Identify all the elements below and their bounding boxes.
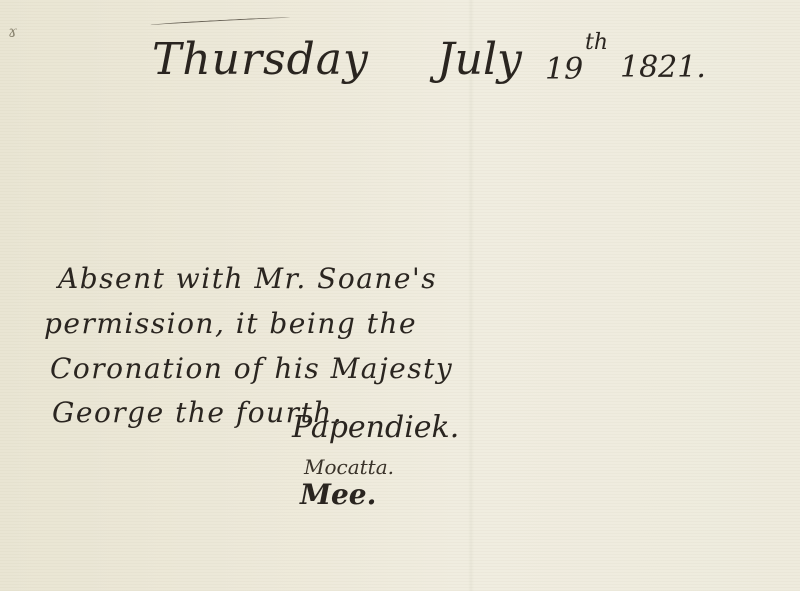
header-year: 1821. [620,50,706,85]
header-flourish [150,16,290,26]
page-fold [468,0,474,591]
entry-line: Absent with Mr. Soane's [58,262,437,295]
header-date-suffix: th [585,30,608,55]
signature-mee: Mee. [300,478,376,511]
entry-line: Coronation of his Majesty [50,352,453,385]
manuscript-page: ɤ Thursday July 19 th 1821. Absent with … [0,0,800,591]
header-date: 19 [545,52,583,87]
entry-line: permission, it being the [44,307,417,340]
signature-papendiek: Papendiek. [292,410,459,445]
corner-mark: ɤ [8,22,17,41]
header-day: Thursday [152,34,369,85]
signature-mocatta: Mocatta. [304,455,394,479]
header-month: July [437,34,522,85]
